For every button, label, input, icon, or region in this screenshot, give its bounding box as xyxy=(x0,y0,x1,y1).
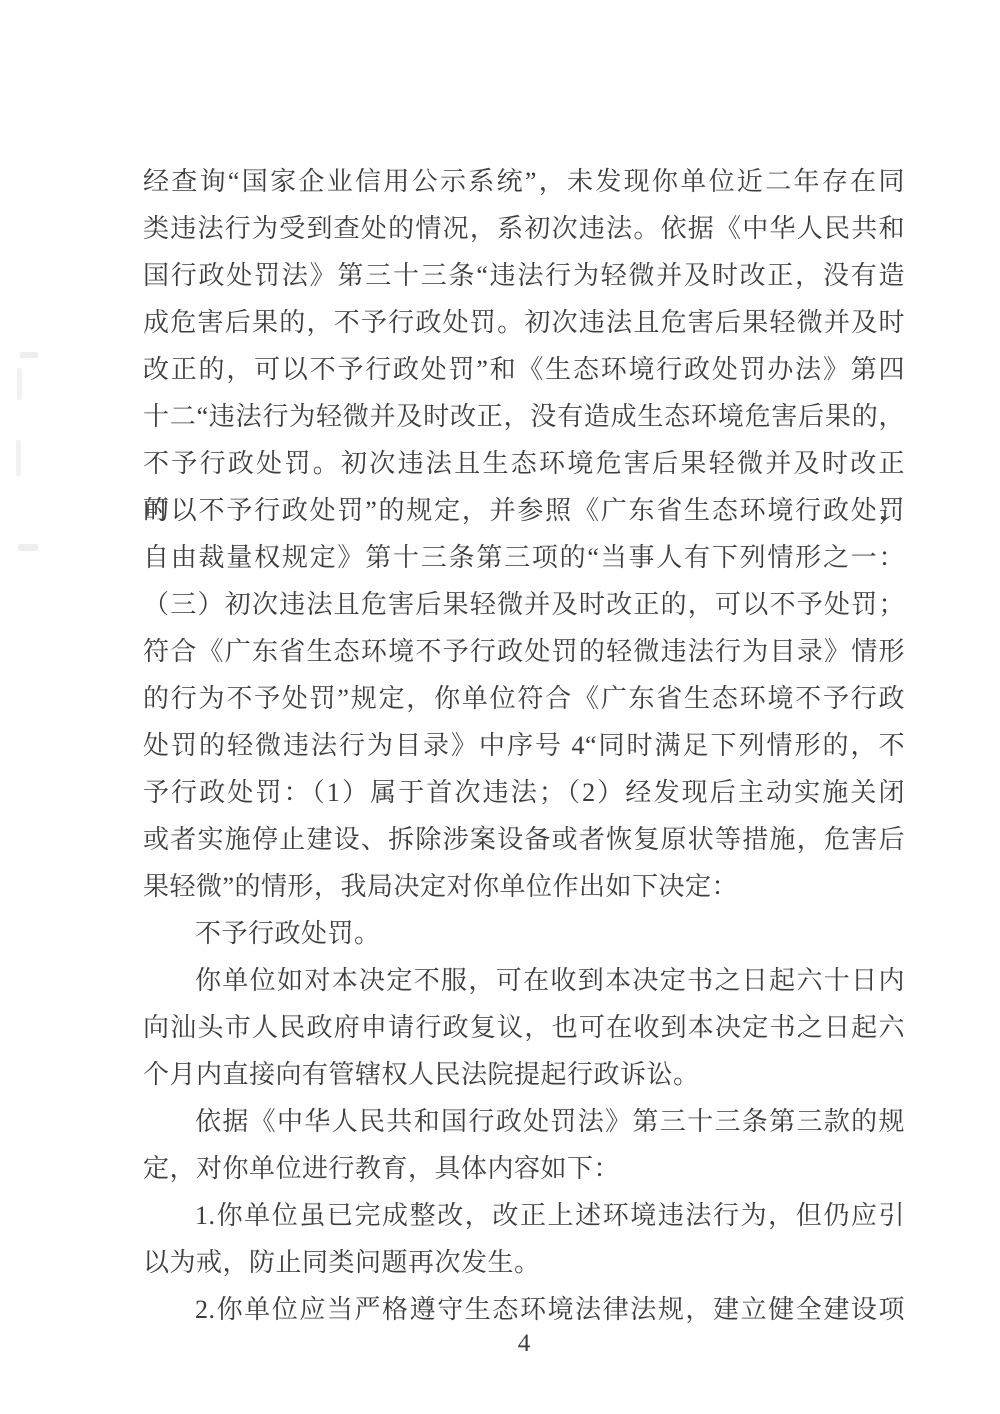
text-line: 国行政处罚法》第三十三条“违法行为轻微并及时改正，没有造 xyxy=(143,252,905,299)
text-line: 符合《广东省生态环境不予行政处罚的轻微违法行为目录》情形 xyxy=(143,628,905,675)
document-page: 经查询“国家企业信用公示系统”，未发现你单位近二年存在同类违法行为受到查处的情况… xyxy=(0,0,1000,1414)
text-line: 经查询“国家企业信用公示系统”，未发现你单位近二年存在同 xyxy=(143,158,905,205)
text-line: 处罚的轻微违法行为目录》中序号 4“同时满足下列情形的，不 xyxy=(143,722,905,769)
text-line: 定，对你单位进行教育，具体内容如下： xyxy=(143,1145,905,1192)
text-line: 2.你单位应当严格遵守生态环境法律法规，建立健全建设项 xyxy=(143,1286,905,1333)
text-line: 可以不予行政处罚”的规定，并参照《广东省生态环境行政处罚 xyxy=(143,487,905,534)
text-line: 改正的，可以不予行政处罚”和《生态环境行政处罚办法》第四 xyxy=(143,346,905,393)
text-line: 以为戒，防止同类问题再次发生。 xyxy=(143,1239,905,1286)
text-line: 类违法行为受到查处的情况，系初次违法。依据《中华人民共和 xyxy=(143,205,905,252)
text-line: （三）初次违法且危害后果轻微并及时改正的，可以不予处罚； xyxy=(143,581,905,628)
text-line: 依据《中华人民共和国行政处罚法》第三十三条第三款的规 xyxy=(143,1098,905,1145)
scan-artifact xyxy=(16,440,21,476)
page-footer: 4 xyxy=(143,1330,905,1358)
scan-artifact xyxy=(20,352,38,358)
text-line: 你单位如对本决定不服，可在收到本决定书之日起六十日内 xyxy=(143,957,905,1004)
text-line: 不予行政处罚。初次违法且生态环境危害后果轻微并及时改正的， xyxy=(143,440,905,487)
text-line: 不予行政处罚。 xyxy=(143,910,905,957)
scan-artifact xyxy=(17,368,22,400)
text-line: 果轻微”的情形，我局决定对你单位作出如下决定： xyxy=(143,863,905,910)
text-line: 十二“违法行为轻微并及时改正，没有造成生态环境危害后果的， xyxy=(143,393,905,440)
text-line: 向汕头市人民政府申请行政复议，也可在收到本决定书之日起六 xyxy=(143,1004,905,1051)
page-number: 4 xyxy=(518,1330,531,1357)
text-line: 或者实施停止建设、拆除涉案设备或者恢复原状等措施，危害后 xyxy=(143,816,905,863)
text-line: 的行为不予处罚”规定，你单位符合《广东省生态环境不予行政 xyxy=(143,675,905,722)
text-line: 予行政处罚：（1）属于首次违法；（2）经发现后主动实施关闭 xyxy=(143,769,905,816)
scan-artifact xyxy=(18,544,38,551)
text-line: 成危害后果的，不予行政处罚。初次违法且危害后果轻微并及时 xyxy=(143,299,905,346)
text-line: 自由裁量权规定》第十三条第三项的“当事人有下列情形之一： xyxy=(143,534,905,581)
document-body: 经查询“国家企业信用公示系统”，未发现你单位近二年存在同类违法行为受到查处的情况… xyxy=(143,158,905,1333)
text-line: 个月内直接向有管辖权人民法院提起行政诉讼。 xyxy=(143,1051,905,1098)
text-line: 1.你单位虽已完成整改，改正上述环境违法行为，但仍应引 xyxy=(143,1192,905,1239)
